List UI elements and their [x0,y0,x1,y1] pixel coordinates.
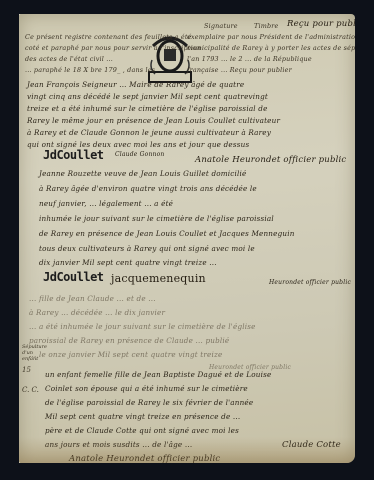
entry-line: tous deux cultivateurs à Rarey qui ont s… [39,244,255,253]
preamble-line: ... paraphé le 18 X bre 179_ , dans les [25,66,155,74]
entry-line: un enfant femelle fille de Jean Baptiste… [45,370,271,379]
entry-line: Coinlet son épouse qui a été inhumé sur … [45,384,248,393]
margin-note: Sépulture d'un enfant [22,344,48,362]
entry-line: dix janvier Mil sept cent quatre vingt t… [39,258,217,267]
entry-line: inhumée le jour suivant sur le cimetière… [39,214,274,223]
entry-line: à Rarey âgée d'environ quatre vingt troi… [39,184,257,193]
signature-officer: Anatole Heurondet officier public [195,155,346,165]
preamble-line: Ce présent registre contenant des feuill… [25,33,192,41]
entry-line: Mil sept cent quatre vingt treize en pré… [45,412,240,421]
margin-note: 15 [22,366,31,374]
entry-line: de l'église paroissial de Rarey le six f… [45,398,253,407]
entry-line: ... le onze janvier Mil sept cent quatre… [29,350,222,359]
signature-coullet: JdCoullet [43,270,104,284]
entry-line: Rarey le même jour en présence de Jean L… [27,116,280,125]
entry-line: ans jours et mois susdits ... de l'âge .… [45,440,192,449]
entry-line: vingt cinq ans décédé le sept janvier Mi… [27,92,268,101]
top-right-note: Reçu pour publier [287,19,355,29]
preamble-line: exemplaire par nous Président de l'admin… [187,33,355,41]
preamble-line: des actes de l'état civil ... [25,55,113,63]
header-left-caption: Signature [204,22,238,30]
entry-line: à Rarey et de Claude Gonnon le jeune aus… [27,128,271,137]
preamble-line: coté et paraphé par nous pour servir à l… [25,44,201,52]
preamble-line: l'an 1793 ... le 2 ... de la République [187,55,312,63]
entry-line: paroissial de Rarey en présence de Claud… [29,336,229,345]
entry-line: Jeanne Rouzette veuve de Jean Louis Guil… [39,169,246,178]
signature-officer: Anatole Heurondet officier public [69,454,220,463]
entry-line: neuf janvier, ... légalement ... a été [39,199,173,208]
entry-line: ... fille de Jean Claude ... et de ... [29,294,156,303]
signature-menneguin: jacquemenequin [111,272,206,285]
header-right-caption: Timbre [254,22,279,30]
register-page: Signature Timbre Reçu pour publier Ce pr… [19,14,355,463]
preamble-line: municipalité de Rarey à y porter les act… [187,44,355,52]
signature-gonnon: Claude Gonnon [115,151,164,158]
entry-line: treize et a été inhumé sur le cimetière … [27,104,268,113]
margin-note: C. C. [22,386,39,394]
entry-line: à Rarey ... décédée ... le dix janvier [29,308,165,317]
signature-cotte: Claude Cotte [282,440,341,450]
entry-line: ... a été inhumée le jour suivant sur le… [29,322,256,331]
entry-line: père et de Claude Cotte qui ont signé av… [45,426,239,435]
preamble-line: française ... Reçu pour publier [187,66,292,74]
entry-line: Jean François Seigneur ... Maire de Rare… [27,80,244,89]
signature-officer: Heurondet officier public [269,279,351,286]
signature-coullet: JdCoullet [43,148,104,162]
entry-line: de Rarey en présence de Jean Louis Coull… [39,229,295,238]
